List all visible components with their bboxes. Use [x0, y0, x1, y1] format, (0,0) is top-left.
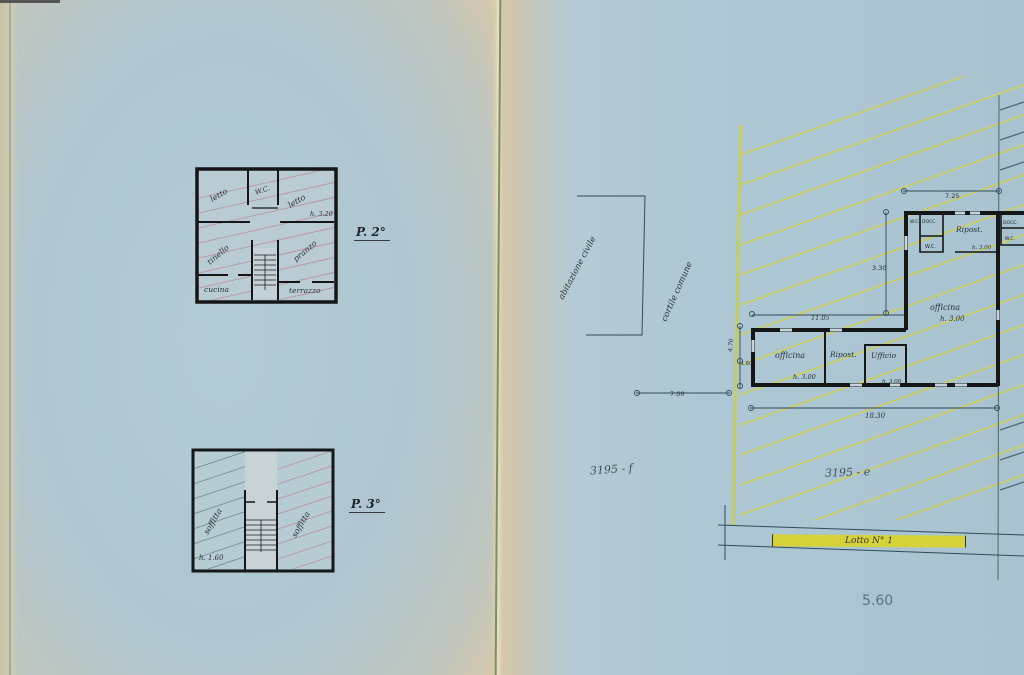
- floor-3-title: P. 3°: [349, 497, 385, 513]
- dim-left-height: 4.70: [727, 338, 735, 353]
- room-label-doccia-2: DOCC.: [1003, 220, 1018, 226]
- lot-lines: [718, 505, 1024, 560]
- dimension-lines: [635, 189, 1002, 411]
- workshop-walls: [753, 213, 1024, 386]
- dim-bottom-width: 18.30: [865, 412, 886, 420]
- room-label-wc-1: W.C.: [910, 219, 920, 225]
- site-hatch: [740, 55, 1024, 540]
- height-label-floor-2: h. 3.20: [310, 210, 333, 218]
- drawing-canvas: letto W.C. letto h. 3.20 tinello pranzo …: [0, 0, 1024, 675]
- floor-3-plan: soffitta soffitta h. 1.60: [190, 450, 335, 575]
- parcel-label-e: 3195 - e: [825, 465, 871, 480]
- dim-mid-width: 11.05: [811, 314, 830, 322]
- room-label-ufficio: Ufficio: [871, 351, 897, 360]
- floor-2-title: P. 2°: [354, 225, 390, 241]
- label-cortile-comune: cortile comune: [660, 260, 695, 323]
- room-label-officina-small: officina: [775, 351, 805, 360]
- dim-left-small: 1.60: [741, 361, 752, 367]
- room-label-terrazzo: terrazzo: [289, 286, 321, 295]
- abitazione-bracket: [577, 196, 645, 335]
- room-label-doccia-1: DOCC.: [922, 219, 937, 225]
- height-label-officina-main: h. 3.00: [940, 315, 965, 323]
- height-label-officina-small: h. 3.00: [793, 373, 816, 381]
- lotto-label-bar: Lotto N° 1: [772, 534, 966, 547]
- dim-setback: 7.00: [670, 390, 684, 398]
- height-label-floor-3: h. 1.60: [199, 554, 224, 562]
- floor-2-plan: letto W.C. letto h. 3.20 tinello pranzo …: [190, 165, 345, 320]
- label-abitazione-civile: abitazione civile: [557, 235, 599, 301]
- height-label-ufficio: h. 3.00: [882, 379, 902, 385]
- dim-top-width: 7.25: [945, 192, 959, 200]
- room-label-cucina: cucina: [204, 285, 229, 294]
- page-number: 5.60: [862, 593, 893, 609]
- room-label-wc-3: W.C.: [1005, 236, 1015, 242]
- room-label-ripost-small: Ripost.: [829, 350, 857, 359]
- room-label-wc-2: W.C.: [925, 244, 936, 250]
- site-boundary-left: [733, 125, 741, 525]
- height-label-ripost-top: h. 3.00: [972, 245, 992, 251]
- dim-upper-height: 3.30: [872, 264, 886, 272]
- room-label-officina-main: officina: [930, 303, 960, 312]
- room-label-ripost-top: Ripost.: [955, 225, 983, 234]
